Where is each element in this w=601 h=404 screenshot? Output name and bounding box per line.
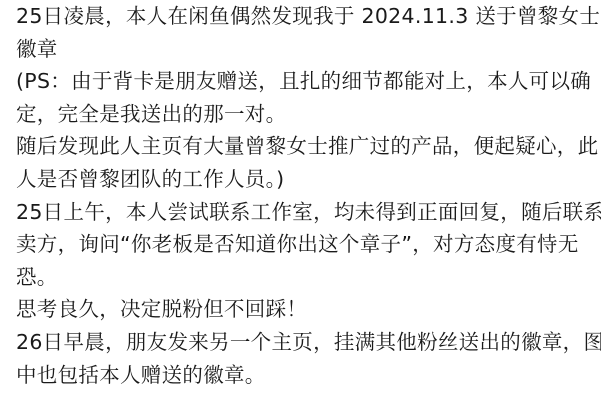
text-line-4: 定，完全是我送出的那一对。 bbox=[16, 98, 596, 131]
post-text-body: 25日凌晨，本人在闲鱼偶然发现我于 2024.11.3 送于曾黎女士的 徽章 (… bbox=[16, 0, 596, 391]
text-line-1: 25日凌晨，本人在闲鱼偶然发现我于 2024.11.3 送于曾黎女士的 bbox=[16, 0, 596, 33]
text-line-11: 26日早晨，朋友发来另一个主页，挂满其他粉丝送出的徽章，图 bbox=[16, 326, 596, 359]
text-line-6: 人是否曾黎团队的工作人员。) bbox=[16, 163, 596, 196]
text-line-5: 随后发现此人主页有大量曾黎女士推广过的产品，便起疑心，此 bbox=[16, 130, 596, 163]
text-line-9: 恐。 bbox=[16, 261, 596, 294]
text-line-8: 卖方，询问“你老板是否知道你出这个章子”，对方态度有恃无 bbox=[16, 228, 596, 261]
text-line-2: 徽章 bbox=[16, 33, 596, 66]
text-line-3: (PS：由于背卡是朋友赠送，且扎的细节都能对上，本人可以确 bbox=[16, 65, 596, 98]
text-line-12: 中也包括本人赠送的徽章。 bbox=[16, 359, 596, 392]
text-line-10: 思考良久，决定脱粉但不回踩！ bbox=[16, 293, 596, 326]
text-line-7: 25日上午，本人尝试联系工作室，均未得到正面回复，随后联系 bbox=[16, 196, 596, 229]
